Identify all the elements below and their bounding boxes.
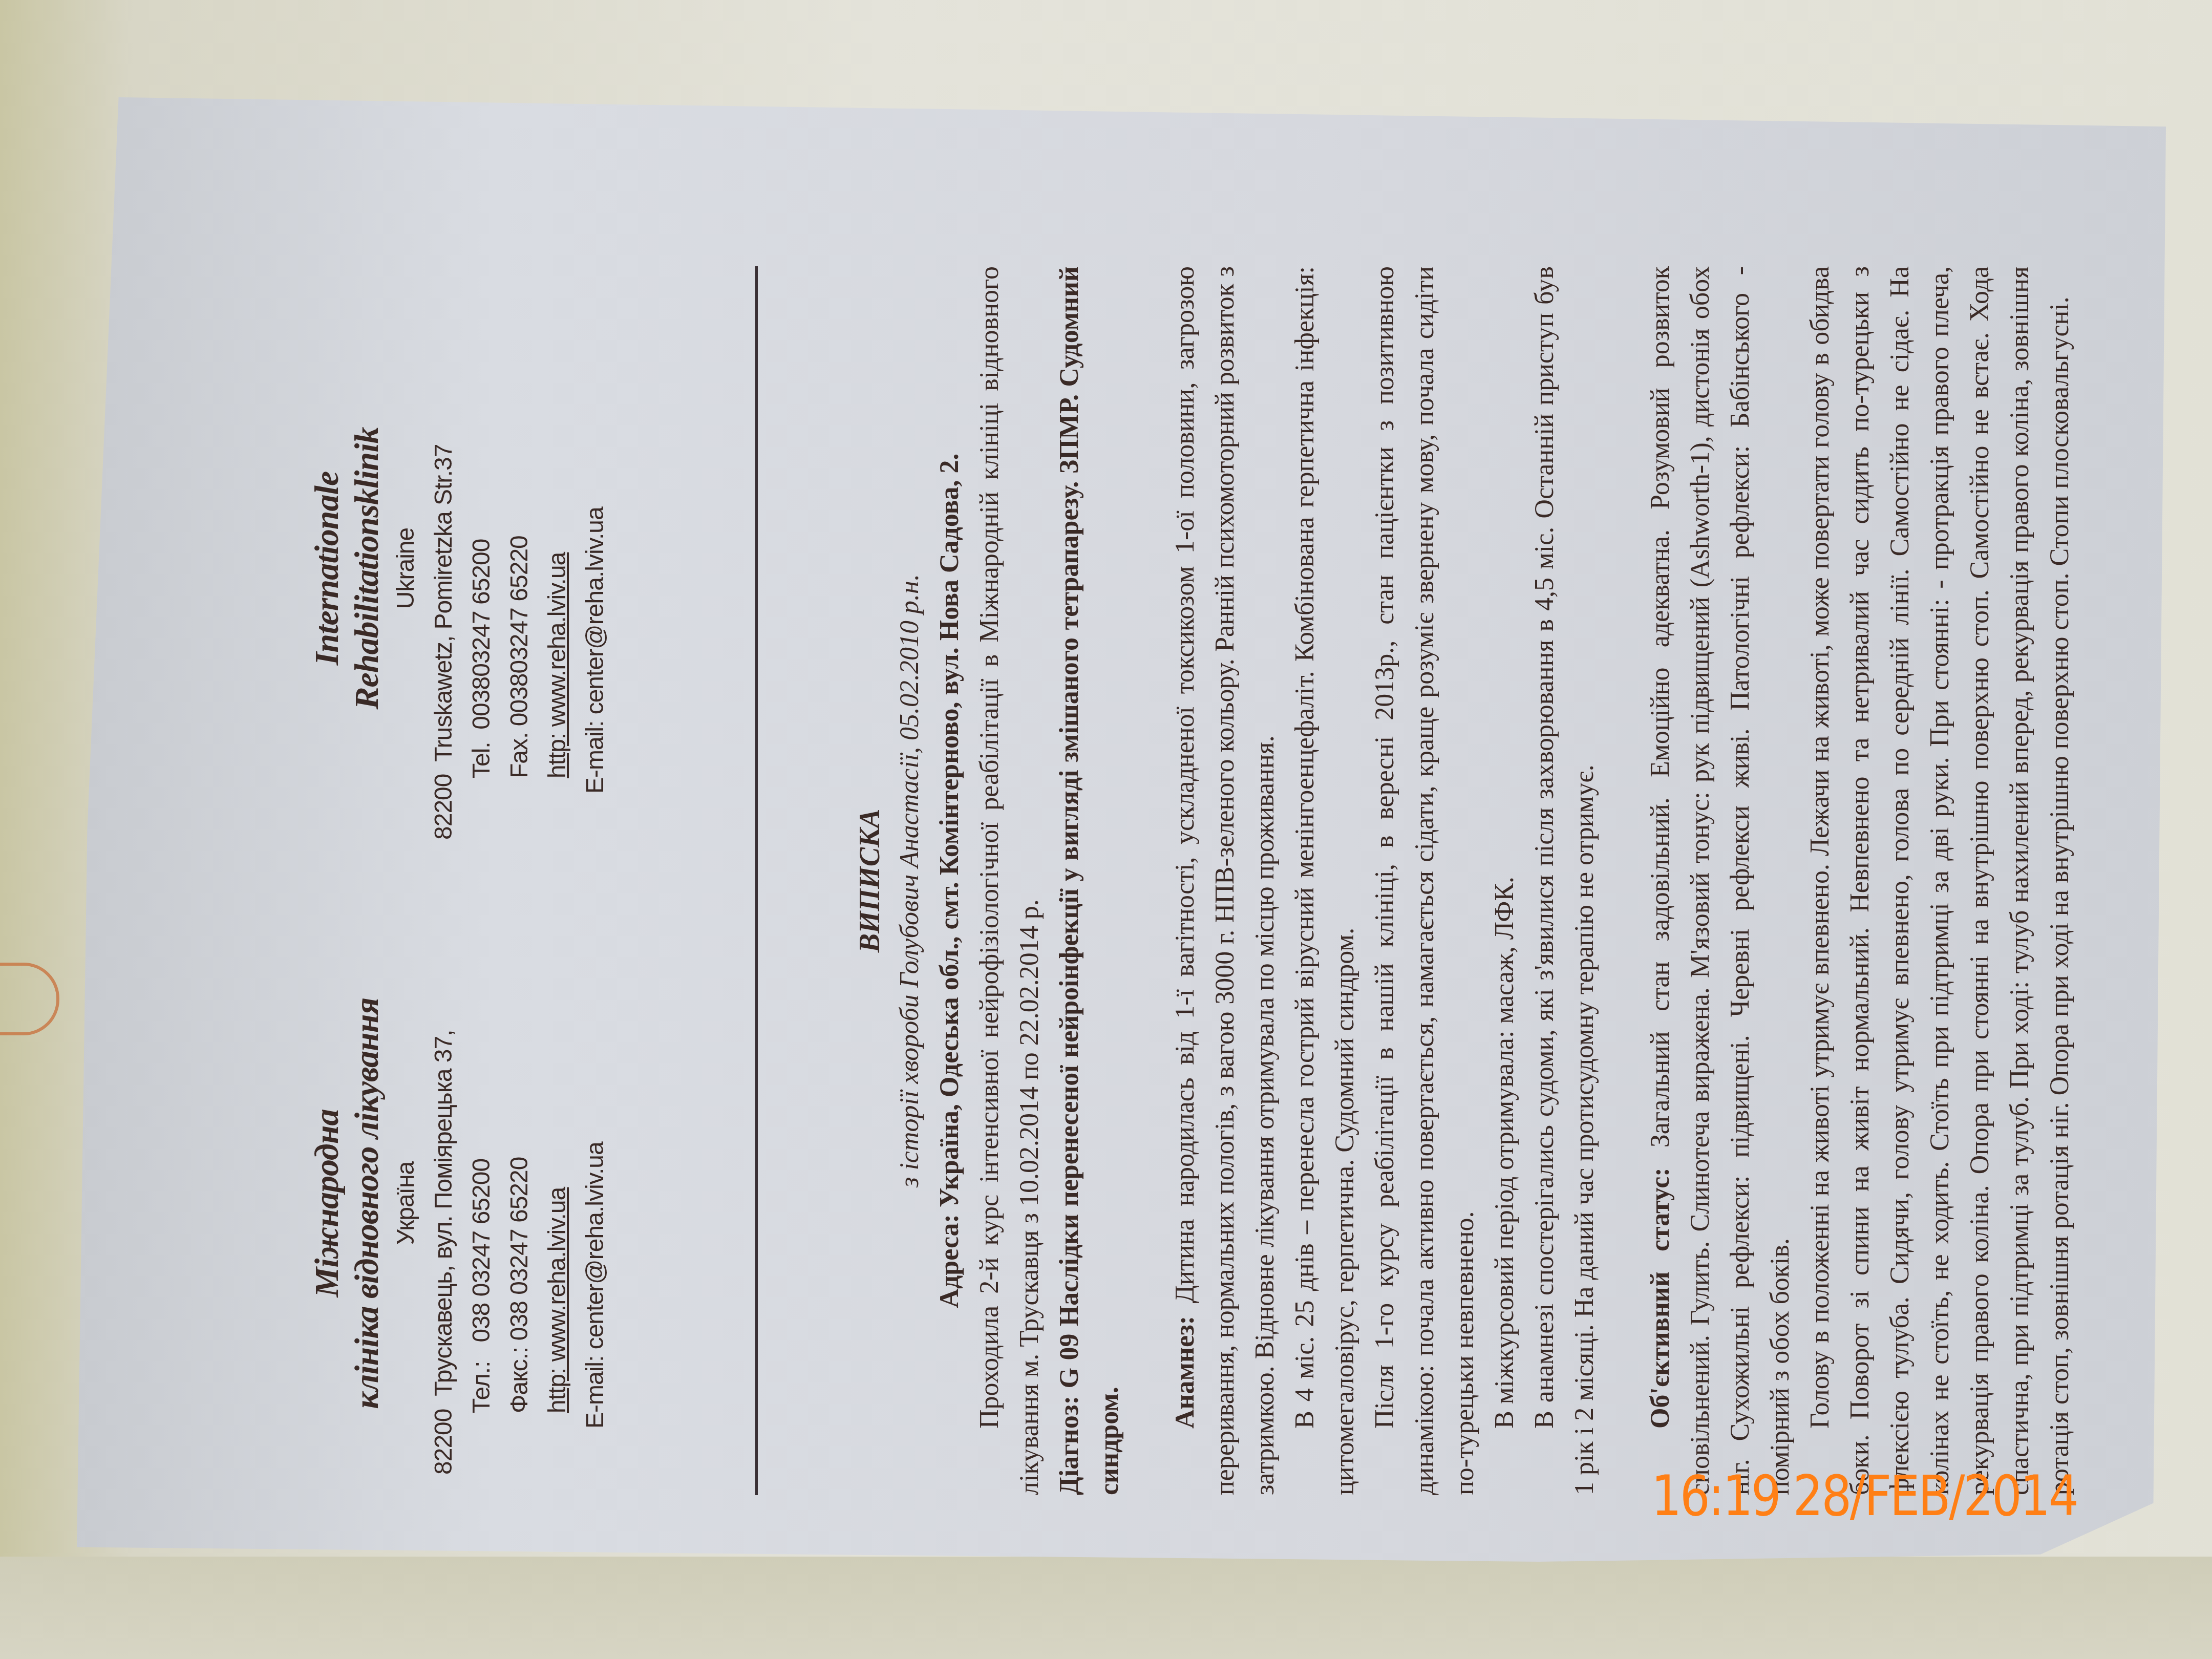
- anamnesis-paragraph: В анамнезі спостерігались судоми, які з'…: [1525, 266, 1605, 1495]
- anamnesis-paragraph: Анамнез: Дитина народилась від 1-ї вагіт…: [1165, 266, 1285, 1495]
- anamnesis-section: Анамнез: Дитина народилась від 1-ї вагіт…: [1165, 266, 1605, 1495]
- letterhead-ukrainian: Міжнародна клініка відновного лікування …: [307, 922, 819, 1485]
- clinic-address-block-de: 82200 Truskawetz, Pomiretzka Str.37 Tel.…: [425, 287, 614, 850]
- patient-history-subtitle: з історії хвороби Голубович Анастасії, 0…: [890, 266, 930, 1495]
- rubber-band: [0, 963, 59, 1035]
- header-divider: [755, 266, 758, 1495]
- email-address-de[interactable]: E-mail: center@reha.lviv.ua: [582, 507, 609, 794]
- clinic-name-line1: Міжнародна: [307, 922, 347, 1485]
- objective-status-section: Об'єктивний статус: Загальний стан задов…: [1641, 266, 2080, 1495]
- tel-number: 038 03247 65200: [468, 1159, 495, 1343]
- anamnesis-paragraph: Після 1-го курсу реабілітації в нашій кл…: [1365, 266, 1485, 1495]
- letterhead: Міжнародна клініка відновного лікування …: [307, 266, 819, 1495]
- fax-number: 038 03247 65220: [506, 1157, 533, 1341]
- document-title-block: ВИПИСКА з історії хвороби Голубович Анас…: [850, 266, 970, 1495]
- camera-timestamp: 16:19 28/FEB/2014: [1651, 1464, 2077, 1528]
- anamnesis-label: Анамнез:: [1171, 1316, 1200, 1429]
- street-address-de: Truskawetz, Pomiretzka Str.37: [430, 444, 457, 762]
- clinic-country: Україна: [387, 922, 425, 1485]
- diagnosis-text: G 09 Наслідки перенесеної нейроінфекції …: [1055, 266, 1124, 1495]
- postcode-de: 82200: [430, 774, 457, 840]
- clinic-name-de-line1: Internationale: [307, 287, 347, 850]
- email-address[interactable]: E-mail: center@reha.lviv.ua: [582, 1142, 609, 1429]
- patient-address: Адреса: Україна, Одеська обл., смт. Комі…: [930, 266, 970, 1495]
- diagnosis-label: Діагноз:: [1055, 1396, 1084, 1495]
- street-address: Трускавець, вул. Поміярецька 37,: [430, 1030, 457, 1396]
- anamnesis-paragraph: В 4 міс. 25 днів – перенесла гострий вір…: [1285, 266, 1365, 1495]
- medical-discharge-document: Міжнародна клініка відновного лікування …: [307, 266, 2099, 1495]
- website-link[interactable]: http: www.reha.lviv.ua: [544, 1187, 571, 1413]
- website-link-de[interactable]: http: www.reha.lviv.ua: [544, 552, 571, 778]
- anamnesis-paragraph: В міжкурсовий період отримувала: масаж, …: [1485, 266, 1525, 1495]
- desk-surface: [0, 1557, 2212, 1659]
- tel-label: Тел.:: [468, 1362, 495, 1413]
- tel-number-de: 003803247 65200: [468, 539, 495, 730]
- clinic-name-de-line2: Rehabilitationsklinik: [347, 287, 387, 850]
- status-paragraph: Об'єктивний статус: Загальний стан задов…: [1641, 266, 1800, 1495]
- fax-label-de: Fax.: [506, 733, 533, 778]
- fax-number-de: 003803247 65220: [506, 536, 533, 726]
- address-label: Адреса:: [935, 1214, 964, 1308]
- status-label: Об'єктивний статус:: [1646, 1167, 1675, 1429]
- address-value: Україна, Одеська обл., смт. Комінтерново…: [935, 453, 964, 1207]
- clinic-address-block: 82200 Трускавець, вул. Поміярецька 37, Т…: [425, 922, 614, 1485]
- tel-label-de: Tel.: [468, 742, 495, 778]
- status-paragraph: Голову в положенні на животі утримує впе…: [1800, 266, 2080, 1495]
- intro-paragraph: Проходила 2-й курс інтенсивної нейрофізі…: [970, 266, 1050, 1495]
- clinic-name-line2: клініка відновного лікування: [347, 922, 387, 1485]
- clinic-country-de: Ukraine: [387, 287, 425, 850]
- letterhead-german: Internationale Rehabilitationsklinik Ukr…: [307, 287, 819, 850]
- diagnosis: Діагноз: G 09 Наслідки перенесеної нейро…: [1050, 266, 1130, 1495]
- fax-label: Факс.:: [506, 1347, 533, 1413]
- postcode: 82200: [430, 1409, 457, 1475]
- document-title: ВИПИСКА: [850, 266, 890, 1495]
